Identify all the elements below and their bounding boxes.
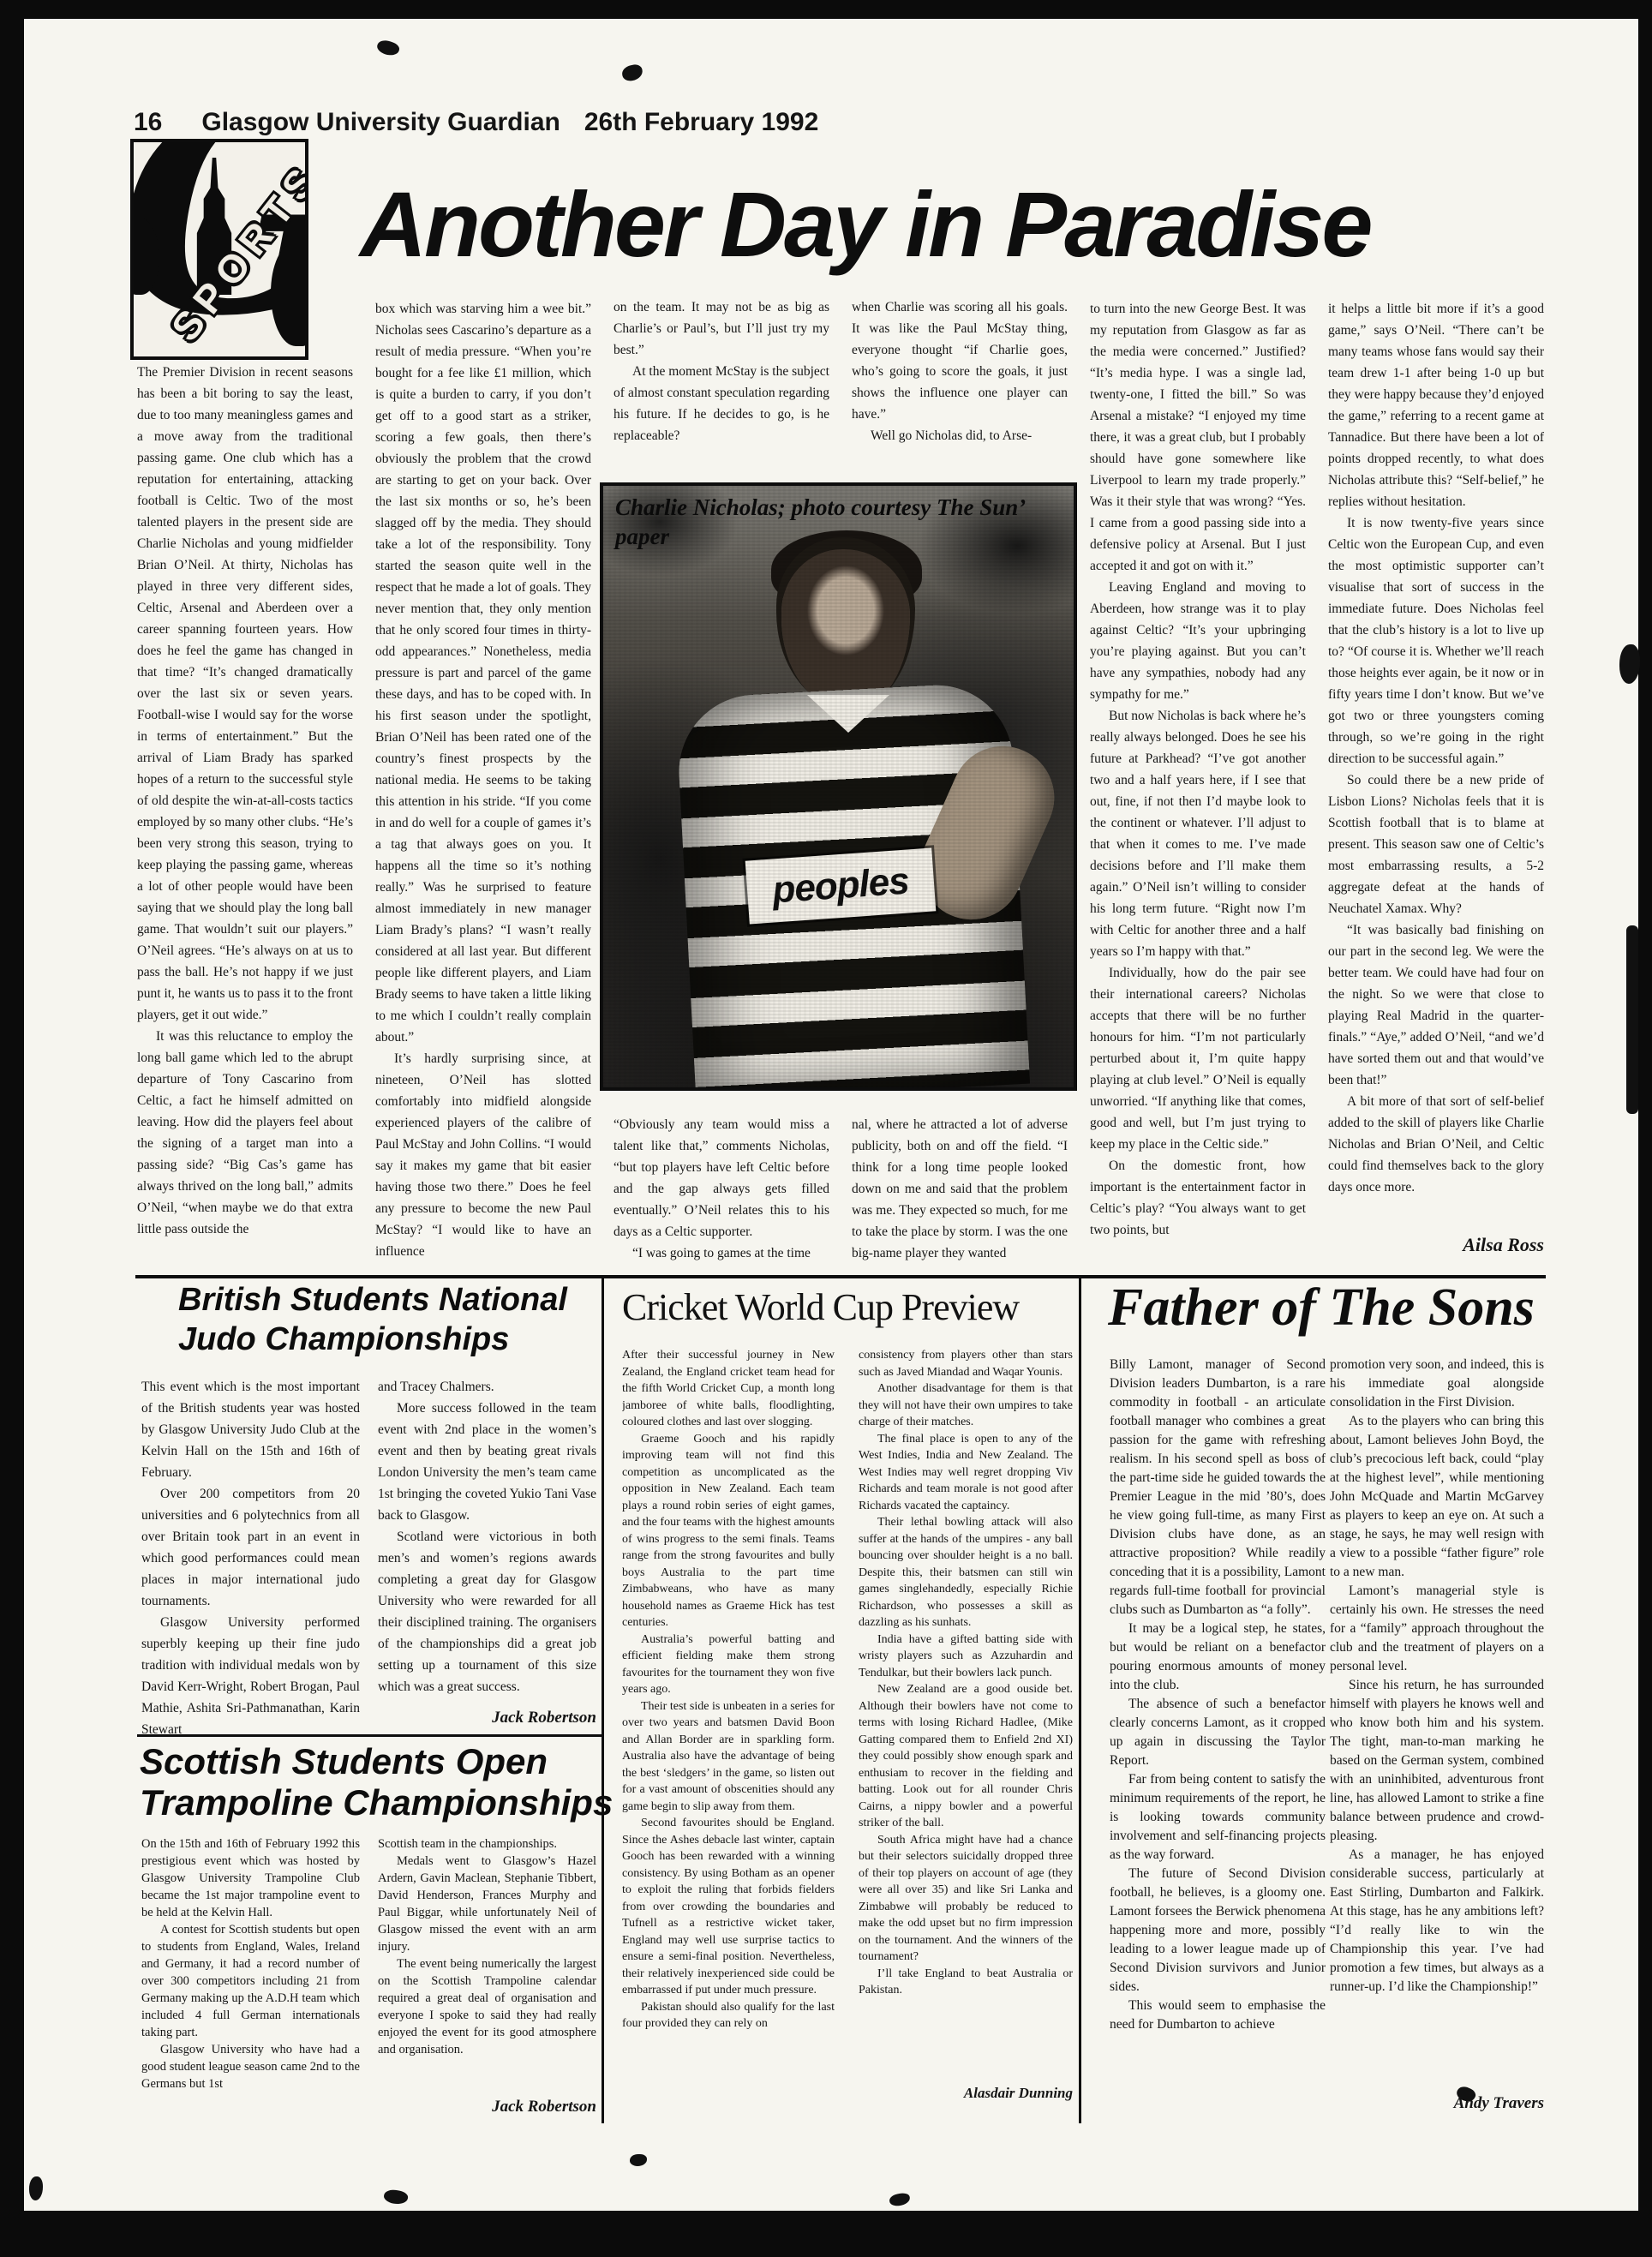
lead-column-2: box which was starving him a wee bit.” N… bbox=[375, 298, 591, 1258]
paragraph: Leaving England and moving to Aberdeen, … bbox=[1090, 577, 1306, 705]
scan-edge-bottom bbox=[0, 2211, 1652, 2257]
trampoline-heading-line2: Trampoline Championships bbox=[140, 1782, 619, 1823]
newspaper-scan: { "page": { "page_number": "16", "masthe… bbox=[0, 0, 1652, 2257]
father-column-1: Billy Lamont, manager of Second Division… bbox=[1110, 1356, 1326, 2123]
paragraph: to turn into the new George Best. It was… bbox=[1090, 298, 1306, 577]
column-rule-right bbox=[1079, 1278, 1081, 2123]
trampoline-heading-line1: Scottish Students Open bbox=[140, 1741, 619, 1782]
paragraph: It was this reluctance to employ the lon… bbox=[137, 1026, 353, 1240]
lead-column-3-top: on the team. It may not be as big as Cha… bbox=[614, 296, 829, 476]
paragraph: The absence of such a benefactor clearly… bbox=[1110, 1695, 1326, 1770]
paragraph: consistency from players other than star… bbox=[859, 1347, 1073, 1380]
paragraph: nal, where he attracted a lot of adverse… bbox=[852, 1114, 1068, 1264]
cricket-column-2: consistency from players other than star… bbox=[859, 1347, 1073, 2101]
paragraph: Well go Nicholas did, to Arse- bbox=[852, 425, 1068, 446]
lead-column-6: it helps a little bit more if it’s a goo… bbox=[1328, 298, 1544, 1229]
cricket-column-1: After their successful journey in New Ze… bbox=[622, 1347, 835, 2118]
scan-artifact bbox=[375, 38, 401, 57]
paragraph: on the team. It may not be as big as Cha… bbox=[614, 296, 829, 361]
paragraph: India have a gifted batting side with wr… bbox=[859, 1631, 1073, 1682]
paragraph: “I was going to games at the time bbox=[614, 1242, 829, 1264]
paragraph: A bit more of that sort of self-belief a… bbox=[1328, 1091, 1544, 1198]
paragraph: The final place is open to any of the We… bbox=[859, 1431, 1073, 1515]
cricket-byline: Alasdair Dunning bbox=[859, 2085, 1073, 2102]
paragraph: Another disadvantage for them is that th… bbox=[859, 1380, 1073, 1431]
paragraph: Their lethal bowling attack will also su… bbox=[859, 1514, 1073, 1631]
lead-headline: Another Day in Paradise bbox=[360, 178, 1611, 272]
lead-column-1: The Premier Division in recent seasons h… bbox=[137, 362, 353, 1260]
paragraph: The event being numerically the largest … bbox=[378, 1955, 596, 2058]
paragraph: So could there be a new pride of Lisbon … bbox=[1328, 769, 1544, 919]
paragraph: Their test side is unbeaten in a series … bbox=[622, 1698, 835, 1816]
father-column-2-wrap: promotion very soon, and indeed, this is… bbox=[1330, 1356, 1544, 2128]
trampoline-byline: Jack Robertson bbox=[378, 2098, 596, 2116]
scan-artifact bbox=[1619, 644, 1640, 684]
paragraph: More success followed in the team event … bbox=[378, 1398, 596, 1526]
judo-byline: Jack Robertson bbox=[378, 1709, 596, 1727]
father-byline: Andy Travers bbox=[1330, 2094, 1544, 2113]
paragraph: South Africa might have had a chance but… bbox=[859, 1832, 1073, 1966]
paragraph: It may be a logical step, he states, but… bbox=[1110, 1619, 1326, 1695]
paragraph: After their successful journey in New Ze… bbox=[622, 1347, 835, 1431]
scan-artifact bbox=[620, 63, 643, 83]
judo-column-2-wrap: and Tracey Chalmers.More success followe… bbox=[378, 1376, 596, 1734]
paragraph: On the 15th and 16th of February 1992 th… bbox=[141, 1835, 360, 1921]
paragraph: promotion very soon, and indeed, this is… bbox=[1330, 1356, 1544, 1412]
paragraph: Graeme Gooch and his rapidly improving t… bbox=[622, 1431, 835, 1631]
father-heading: Father of The Sons bbox=[1108, 1280, 1613, 1336]
paragraph: when Charlie was scoring all his goals. … bbox=[852, 296, 1068, 425]
paragraph: Glasgow University performed superbly ke… bbox=[141, 1612, 360, 1734]
judo-heading-line2: Judo Championships bbox=[178, 1320, 624, 1359]
paragraph: It is now twenty-five years since Celtic… bbox=[1328, 512, 1544, 769]
paragraph: But now Nicholas is back where he’s real… bbox=[1090, 705, 1306, 962]
judo-trampoline-divider bbox=[137, 1734, 604, 1737]
paragraph: Billy Lamont, manager of Second Division… bbox=[1110, 1356, 1326, 1619]
paragraph: On the domestic front, how important is … bbox=[1090, 1155, 1306, 1241]
paragraph: Individually, how do the pair see their … bbox=[1090, 962, 1306, 1155]
paragraph: The future of Second Division football, … bbox=[1110, 1865, 1326, 1997]
paragraph: Far from being content to satisfy the mi… bbox=[1110, 1770, 1326, 1865]
scan-artifact bbox=[889, 2192, 911, 2206]
paragraph: A contest for Scottish students but open… bbox=[141, 1921, 360, 2041]
page-header: 16 Glasgow University Guardian 26th Febr… bbox=[134, 108, 1333, 139]
paragraph: Scotland were victorious in both men’s a… bbox=[378, 1526, 596, 1697]
masthead-title: Glasgow University Guardian bbox=[201, 108, 560, 137]
paragraph: “It was basically bad finishing on our p… bbox=[1328, 919, 1544, 1091]
lead-column-3-bottom: “Obviously any team would miss a talent … bbox=[614, 1114, 829, 1265]
paragraph: “Obviously any team would miss a talent … bbox=[614, 1114, 829, 1242]
paragraph: The Premier Division in recent seasons h… bbox=[137, 362, 353, 1026]
lead-column-4-top: when Charlie was scoring all his goals. … bbox=[852, 296, 1068, 476]
page-number: 16 bbox=[134, 108, 162, 137]
trampoline-column-2: Scottish team in the championships.Medal… bbox=[378, 1835, 596, 2092]
paragraph: As to the players who can bring this abo… bbox=[1330, 1412, 1544, 1582]
paragraph: Since his return, he has surrounded hims… bbox=[1330, 1676, 1544, 1846]
photo-caption: Charlie Nicholas; photo courtesy The Sun… bbox=[615, 493, 1061, 551]
cricket-heading: Cricket World Cup Preview bbox=[622, 1287, 1076, 1328]
judo-column-1: This event which is the most important o… bbox=[141, 1376, 360, 1734]
lead-column-4-bottom: nal, where he attracted a lot of adverse… bbox=[852, 1114, 1068, 1273]
paragraph: Australia’s powerful batting and efficie… bbox=[622, 1631, 835, 1698]
column-rule-left bbox=[602, 1278, 604, 2123]
scan-edge-left bbox=[0, 0, 24, 2257]
paragraph: box which was starving him a wee bit.” N… bbox=[375, 298, 591, 1048]
newspaper-page: 16 Glasgow University Guardian 26th Febr… bbox=[0, 0, 1652, 2257]
judo-heading-line1: British Students National bbox=[178, 1280, 624, 1320]
father-column-2: promotion very soon, and indeed, this is… bbox=[1330, 1356, 1544, 2089]
trampoline-column-1: On the 15th and 16th of February 1992 th… bbox=[141, 1835, 360, 2122]
scan-artifact bbox=[630, 2154, 647, 2166]
paragraph: Lamont’s managerial style is certainly h… bbox=[1330, 1582, 1544, 1676]
paragraph: it helps a little bit more if it’s a goo… bbox=[1328, 298, 1544, 512]
sports-section-logo: G SPORTS bbox=[130, 139, 308, 360]
charlie-nicholas-photo: peoples Charlie Nicholas; photo courtesy… bbox=[600, 482, 1077, 1091]
scan-artifact bbox=[383, 2188, 409, 2206]
paragraph: Second favourites should be England. Sin… bbox=[622, 1815, 835, 1999]
paragraph: Glasgow University who have had a good s… bbox=[141, 2041, 360, 2092]
paragraph: Pakistan should also qualify for the las… bbox=[622, 1999, 835, 2032]
lead-column-6-wrap: it helps a little bit more if it’s a goo… bbox=[1328, 298, 1544, 1268]
paragraph: and Tracey Chalmers. bbox=[378, 1376, 596, 1398]
paragraph: I’ll take England to beat Australia or P… bbox=[859, 1966, 1073, 1999]
paragraph: At the moment McStay is the subject of a… bbox=[614, 361, 829, 446]
trampoline-heading: Scottish Students Open Trampoline Champi… bbox=[140, 1741, 619, 1823]
judo-column-2: and Tracey Chalmers.More success followe… bbox=[378, 1376, 596, 1703]
lead-byline: Ailsa Ross bbox=[1328, 1234, 1544, 1256]
paragraph: Over 200 competitors from 20 universitie… bbox=[141, 1483, 360, 1612]
scan-artifact bbox=[1626, 925, 1638, 1114]
cricket-column-2-wrap: consistency from players other than star… bbox=[859, 1347, 1073, 2123]
issue-date: 26th February 1992 bbox=[584, 108, 818, 137]
scan-edge-top bbox=[0, 0, 1652, 19]
scan-edge-right bbox=[1638, 0, 1652, 2257]
paragraph: Medals went to Glasgow’s Hazel Ardern, G… bbox=[378, 1853, 596, 1955]
photo-grain-overlay bbox=[603, 486, 1074, 1087]
paragraph: This would seem to emphasise the need fo… bbox=[1110, 1997, 1326, 2034]
paragraph: It’s hardly surprising since, at ninetee… bbox=[375, 1048, 591, 1258]
scan-artifact bbox=[29, 2176, 43, 2200]
paragraph: This event which is the most important o… bbox=[141, 1376, 360, 1483]
lead-column-5: to turn into the new George Best. It was… bbox=[1090, 298, 1306, 1258]
paragraph: Scottish team in the championships. bbox=[378, 1835, 596, 1853]
paragraph: New Zealand are a good ouside bet. Altho… bbox=[859, 1681, 1073, 1832]
judo-heading: British Students National Judo Champions… bbox=[178, 1280, 624, 1359]
trampoline-column-2-wrap: Scottish team in the championships.Medal… bbox=[378, 1835, 596, 2122]
paragraph: As a manager, he has enjoyed considerabl… bbox=[1330, 1846, 1544, 1997]
